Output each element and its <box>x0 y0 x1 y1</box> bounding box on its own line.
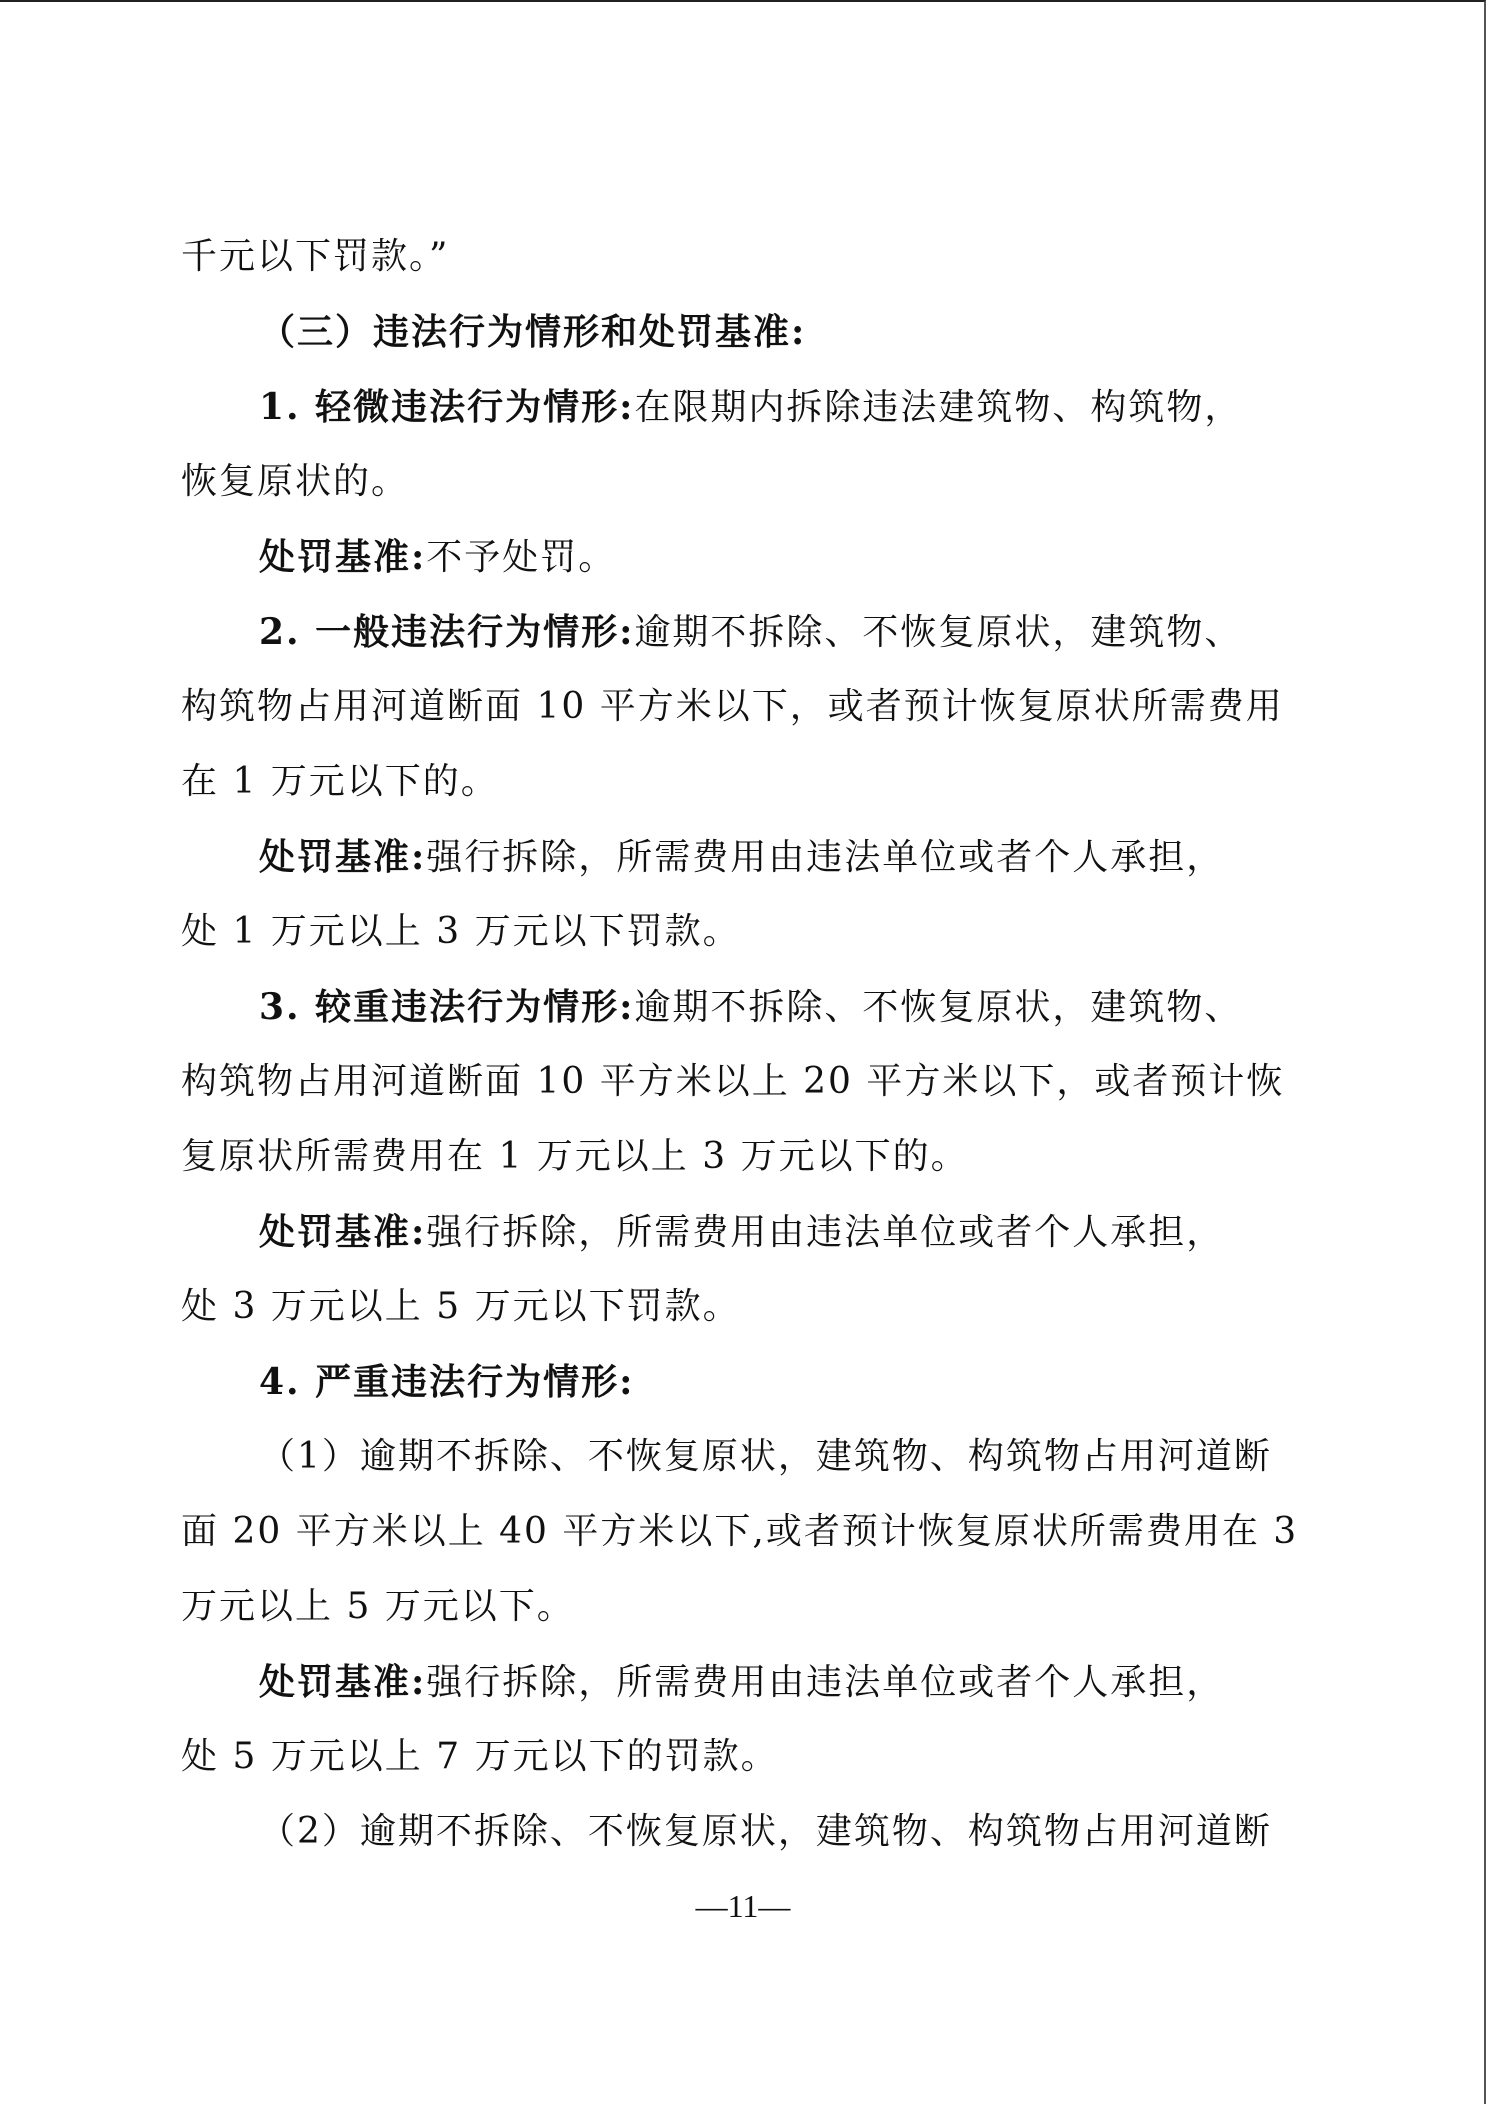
paragraph-line: 千元以下罚款。” <box>181 233 1311 281</box>
line-text: 逾期不拆除、不恢复原状，建筑物、 <box>634 987 1242 1028</box>
paragraph-line: 4. 严重违法行为情形: <box>259 1358 1389 1407</box>
line-text: 恢复原状的。 <box>181 461 409 502</box>
line-text: 强行拆除，所需费用由违法单位或者个人承担， <box>426 1212 1224 1253</box>
page-number: —11— <box>0 1888 1486 1925</box>
line-text: 在 1 万元以下的。 <box>181 761 499 802</box>
paragraph-line: 2. 一般违法行为情形:逾期不拆除、不恢复原状，建筑物、 <box>259 608 1389 657</box>
paragraph-line: 3. 较重违法行为情形:逾期不拆除、不恢复原状，建筑物、 <box>259 983 1389 1032</box>
paragraph-line: 恢复原状的。 <box>181 458 1311 506</box>
paragraph-line: 构筑物占用河道断面 10 平方米以下，或者预计恢复原状所需费用 <box>181 683 1311 731</box>
line-text: 逾期不拆除、不恢复原状，建筑物、 <box>634 612 1242 653</box>
paragraph-line: 处罚基准:不予处罚。 <box>259 533 1389 582</box>
paragraph-line: 处 5 万元以上 7 万元以下的罚款。 <box>181 1733 1311 1781</box>
item-label: 处罚基准: <box>259 536 426 578</box>
paragraph-line: 处罚基准:强行拆除，所需费用由违法单位或者个人承担， <box>259 833 1389 882</box>
paragraph-line: 构筑物占用河道断面 10 平方米以上 20 平方米以下，或者预计恢 <box>181 1058 1311 1106</box>
line-text: 处 5 万元以上 7 万元以下的罚款。 <box>181 1736 779 1777</box>
item-label: 处罚基准: <box>259 1661 426 1703</box>
line-text: （2）逾期不拆除、不恢复原状，建筑物、构筑物占用河道断 <box>259 1811 1272 1852</box>
line-text: 构筑物占用河道断面 10 平方米以下，或者预计恢复原状所需费用 <box>181 686 1284 727</box>
item-label: 3. 较重违法行为情形: <box>259 986 634 1028</box>
line-text: （1）逾期不拆除、不恢复原状，建筑物、构筑物占用河道断 <box>259 1436 1272 1477</box>
item-label: 1. 轻微违法行为情形: <box>259 386 634 428</box>
line-text: 万元以上 5 万元以下。 <box>181 1586 575 1627</box>
paragraph-line: 1. 轻微违法行为情形:在限期内拆除违法建筑物、构筑物， <box>259 383 1389 432</box>
item-label: 处罚基准: <box>259 1211 426 1253</box>
heading-text: （三）违法行为情形和处罚基准: <box>259 311 806 353</box>
item-label: 4. 严重违法行为情形: <box>259 1361 634 1403</box>
paragraph-line: 处 1 万元以上 3 万元以下罚款。 <box>181 908 1311 956</box>
line-text: 千元以下罚款。” <box>181 236 449 277</box>
line-text: 构筑物占用河道断面 10 平方米以上 20 平方米以下，或者预计恢 <box>181 1061 1284 1102</box>
line-text: 处 1 万元以上 3 万元以下罚款。 <box>181 911 741 952</box>
line-text: 面 20 平方米以上 40 平方米以下,或者预计恢复原状所需费用在 3 <box>181 1511 1298 1552</box>
paragraph-line: 在 1 万元以下的。 <box>181 758 1311 806</box>
paragraph-line: （2）逾期不拆除、不恢复原状，建筑物、构筑物占用河道断 <box>259 1808 1389 1856</box>
item-label: 处罚基准: <box>259 836 426 878</box>
paragraph-line: （1）逾期不拆除、不恢复原状，建筑物、构筑物占用河道断 <box>259 1433 1389 1481</box>
line-text: 处 3 万元以上 5 万元以下罚款。 <box>181 1286 741 1327</box>
section-heading: （三）违法行为情形和处罚基准: <box>259 308 1389 357</box>
line-text: 在限期内拆除违法建筑物、构筑物， <box>634 387 1242 428</box>
line-text: 不予处罚。 <box>426 537 616 578</box>
paragraph-line: 万元以上 5 万元以下。 <box>181 1583 1311 1631</box>
line-text: 复原状所需费用在 1 万元以上 3 万元以下的。 <box>181 1136 969 1177</box>
line-text: 强行拆除，所需费用由违法单位或者个人承担， <box>426 1662 1224 1703</box>
paragraph-line: 面 20 平方米以上 40 平方米以下,或者预计恢复原状所需费用在 3 <box>181 1508 1311 1556</box>
paragraph-line: 处罚基准:强行拆除，所需费用由违法单位或者个人承担， <box>259 1208 1389 1257</box>
line-text: 强行拆除，所需费用由违法单位或者个人承担， <box>426 837 1224 878</box>
paragraph-line: 处 3 万元以上 5 万元以下罚款。 <box>181 1283 1311 1331</box>
paragraph-line: 复原状所需费用在 1 万元以上 3 万元以下的。 <box>181 1133 1311 1181</box>
paragraph-line: 处罚基准:强行拆除，所需费用由违法单位或者个人承担， <box>259 1658 1389 1707</box>
document-page: 千元以下罚款。” （三）违法行为情形和处罚基准: 1. 轻微违法行为情形:在限期… <box>0 0 1486 2104</box>
item-label: 2. 一般违法行为情形: <box>259 611 634 653</box>
